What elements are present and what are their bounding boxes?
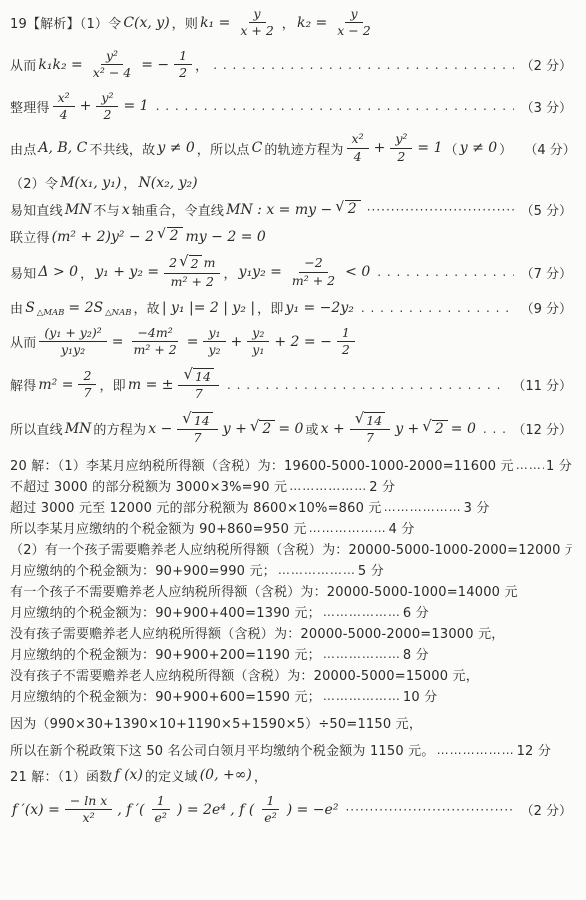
sqrt-radical: √14 [355, 412, 385, 429]
math-run: 2 [341, 343, 351, 357]
math-run: 14 [193, 413, 211, 428]
math-run: x² [57, 91, 71, 105]
math-run: m² + 2 [291, 274, 336, 288]
dot-leader-fill: . . . . . . . . . . . . . . . . . . . . … [377, 265, 513, 279]
fraction: y²2 [390, 132, 412, 164]
math-run: m² = [36, 377, 75, 393]
document-line: 月应缴纳的个税金额为：90+900+400=1390 元；………………6 分 [10, 602, 572, 622]
math-run: (m² + 2)y² − 2 [50, 229, 156, 245]
math-run: 2 [260, 421, 273, 437]
math-run: y + [393, 421, 421, 437]
dot-leader: ……………… [289, 479, 367, 493]
math-run: 2 [168, 228, 181, 244]
text-run: 从而 [10, 55, 36, 74]
fraction-denominator: x − 2 [332, 23, 375, 38]
fraction-denominator: x² [78, 810, 100, 825]
solution-section-q21: 21 解：（1）函数 f (x) 的定义域 (0, +∞)，f ′(x) =− … [10, 766, 572, 827]
radicand: 14 [192, 412, 213, 429]
document-line: f ′(x) =− ln xx², f ′(1e²) = 2e⁴ , f (1e… [10, 793, 572, 827]
math-run: 4 [353, 150, 363, 164]
document-content: 19【解析】（1）令 C(x, y)，则 k₁ =yx + 2，k₂ =yx −… [10, 6, 572, 827]
math-run: S [23, 300, 37, 316]
math-run: m² + 2 [170, 275, 215, 289]
math-run: ) = 2e⁴ , f ( [175, 802, 256, 818]
score-label: （9 分） [521, 298, 572, 317]
math-run: MN : x = my − [224, 202, 334, 218]
math-run: −4m² [136, 326, 173, 340]
text-run: 月应缴纳的个税金额为：90+900+600=1590 元； [10, 686, 321, 705]
fraction-denominator: 7 [361, 430, 379, 445]
text-run: 易知 [10, 263, 36, 282]
text-run: 由点 [10, 139, 36, 158]
document-line: 21 解：（1）函数 f (x) 的定义域 (0, +∞)， [10, 766, 572, 785]
math-run: = 0 [449, 421, 478, 437]
text-run: ，即 [257, 298, 283, 317]
fraction-numerator: √14 [177, 412, 217, 431]
math-run: 2 [433, 421, 446, 437]
text-run: （2）有一个孩子需要赡养老人应纳税所得额（含税）为：20000-5000-100… [10, 539, 572, 558]
text-run: 的方程为 [93, 419, 146, 438]
fraction: (y₁ + y₂)²y₁y₂ [39, 326, 106, 358]
fraction-denominator: e² [259, 810, 281, 825]
fraction: 12 [174, 49, 192, 81]
text-run: ，故 [133, 298, 159, 317]
math-run: C(x, y) [121, 15, 171, 31]
math-run: + [229, 334, 245, 350]
text-run: 所以直线 [10, 419, 63, 438]
math-run: y₂ [251, 326, 265, 340]
text-run: 12 分 [517, 740, 551, 759]
document-line: 由 S△MAB= 2S△NAB，故 | y₁ |= 2 | y₂ |，即 y₁ … [10, 298, 572, 317]
radical-sign-icon: √ [355, 411, 365, 426]
fraction-numerator: 1 [174, 49, 192, 65]
score-label: （12 分） [512, 419, 572, 438]
fraction-numerator: y₁ [203, 326, 225, 342]
fraction-denominator: 2 [392, 149, 410, 164]
fraction-numerator: 1 [262, 794, 280, 810]
document-line: 超过 3000 元至 12000 元的部分税额为 8600×10%=860 元…… [10, 497, 572, 517]
fraction-denominator: 4 [55, 107, 73, 122]
dot-leader-fill: . . . . . . . . . . . . . . . . . . . . … [227, 378, 505, 392]
math-run: y ≠ 0 [458, 140, 499, 156]
math-run: 1 [156, 794, 166, 808]
fraction-denominator: y₁y₂ [56, 342, 90, 357]
math-run: y [349, 7, 358, 21]
subscript: △NAB [105, 308, 131, 318]
math-run: 4 [59, 108, 69, 122]
math-run: e² [263, 811, 277, 825]
math-run: y₁ [251, 343, 265, 357]
radical-sign-icon: √ [335, 200, 345, 214]
text-run: 的定义域 [145, 766, 198, 785]
text-run: 解得 [10, 375, 36, 394]
math-run: y₁ = −2y₂ [284, 300, 356, 316]
fraction-denominator: x + 2 [235, 23, 278, 38]
fraction: y₂y₁ [247, 326, 269, 358]
math-run: x² [351, 132, 365, 146]
sqrt-radical: √2 [335, 200, 360, 219]
text-run: 有一个孩子不需要赡养老人应纳税所得额（含税）为：20000-5000-1000=… [10, 581, 518, 600]
fraction-numerator: 1 [152, 794, 170, 810]
sqrt-radical: √2 [179, 255, 202, 272]
fraction: y²2 [96, 91, 118, 123]
radicand: 2 [189, 255, 202, 272]
radical-sign-icon: √ [250, 419, 260, 434]
fraction: 2√2mm² + 2 [164, 255, 220, 289]
fraction-denominator: 2 [337, 342, 355, 357]
document-line: 所以李某月应缴纳的个税金额为 90+860=950 元………………4 分 [10, 518, 572, 538]
document-line: 没有孩子需要赡养老人应纳税所得额（含税）为：20000-5000-2000=13… [10, 623, 572, 643]
fraction: yx + 2 [235, 7, 278, 39]
math-run: k₂ = [295, 15, 329, 31]
text-run: 8 分 [403, 644, 429, 663]
math-run: Δ > 0 [36, 264, 80, 280]
math-run: C [250, 140, 265, 156]
math-run: 7 [193, 431, 203, 445]
fraction-denominator: 7 [189, 430, 207, 445]
math-run: 2 [82, 369, 92, 383]
fraction-numerator: 2 [78, 369, 96, 385]
math-run: f ′(x) = [10, 802, 62, 818]
math-run: N(x₂, y₂) [136, 175, 199, 191]
math-run: < 0 [343, 264, 372, 280]
radical-sign-icon: √ [422, 419, 432, 434]
fraction-numerator: y₂ [247, 326, 269, 342]
dot-leader: ……………… [323, 605, 401, 619]
math-run: (0, +∞) [198, 767, 254, 783]
sqrt-radical: √14 [183, 368, 213, 385]
text-run: 月应缴纳的个税金额为：90+900+200=1190 元； [10, 644, 321, 663]
document-line: 不超过 3000 的部分税额为 3000×3%=90 元………………2 分 [10, 476, 572, 496]
fraction-numerator: x² [53, 91, 75, 107]
fraction-denominator: e² [150, 810, 172, 825]
math-run: ) = −e² [285, 802, 341, 818]
text-run: 月应缴纳的个税金额为：90+900=990 元； [10, 560, 276, 579]
radical-sign-icon: √ [182, 411, 192, 426]
radicand: 14 [364, 412, 385, 429]
math-run: + [78, 98, 94, 114]
math-run: y₁y₂ [60, 343, 86, 357]
text-run: 从而 [10, 332, 36, 351]
text-run: 不超过 3000 的部分税额为 3000×3%=90 元 [10, 476, 287, 495]
fraction-denominator: 2 [98, 107, 116, 122]
fraction-denominator: m² + 2 [166, 274, 219, 289]
math-run: 14 [365, 413, 383, 428]
math-run: 2 [396, 150, 406, 164]
fraction-numerator: −4m² [132, 326, 177, 342]
fraction: −4m²m² + 2 [128, 326, 181, 358]
text-run: 10 分 [403, 686, 437, 705]
math-run: , f ′( [115, 802, 146, 818]
text-run: 6 分 [403, 602, 429, 621]
math-run: e² [154, 811, 168, 825]
text-run: 5 分 [358, 560, 384, 579]
text-run: ， [80, 263, 93, 282]
fraction-numerator: 1 [337, 326, 355, 342]
text-run: 4 分 [389, 518, 415, 537]
dot-leader-fill: . . . . . . . . . . . . . . . . . . . . … [156, 99, 514, 113]
math-run: x − [146, 421, 174, 437]
math-run: = 0 [276, 421, 305, 437]
math-run: x² [82, 811, 96, 825]
fraction-numerator: 2√2m [164, 255, 220, 274]
document-line: 有一个孩子不需要赡养老人应纳税所得额（含税）为：20000-5000-1000=… [10, 581, 572, 601]
math-run: A, B, C [36, 140, 89, 156]
text-run: 20 解：（1）李某月应纳税所得额（含税）为：19600-5000-1000-2… [10, 455, 514, 474]
math-run: y₁ [207, 326, 221, 340]
text-run: 整理得 [10, 97, 50, 116]
radicand: 2 [259, 420, 275, 439]
math-run: y² [394, 132, 408, 146]
fraction: √147 [350, 412, 390, 446]
radicand: 14 [193, 368, 214, 385]
text-run: 轴重合，令直线 [132, 200, 224, 219]
text-run: 3 分 [464, 497, 490, 516]
fraction-denominator: m² + 2 [287, 273, 340, 288]
math-run: k₁ = [198, 15, 232, 31]
math-run: = 2S [66, 300, 105, 316]
math-run: 2 [346, 201, 359, 217]
text-run: 易知直线 [10, 200, 63, 219]
fraction-numerator: y² [390, 132, 412, 148]
fraction: 1e² [150, 794, 172, 826]
text-run: ） [499, 139, 512, 158]
fraction: x²4 [53, 91, 75, 123]
text-run: 超过 3000 元至 12000 元的部分税额为 8600×10%=860 元 [10, 497, 382, 516]
fraction-numerator: −2 [299, 256, 327, 272]
radicand: 2 [167, 227, 183, 246]
document-line: 20 解：（1）李某月应纳税所得额（含税）为：19600-5000-1000-2… [10, 455, 572, 475]
fraction-numerator: y² [96, 91, 118, 107]
math-run: 7 [82, 386, 92, 400]
document-line: 从而 (y₁ + y₂)²y₁y₂=−4m²m² + 2=y₁y₂+y₂y₁+ … [10, 325, 572, 359]
fraction-numerator: y² [101, 49, 123, 65]
math-run: 2 [178, 66, 188, 80]
text-run: ，所以点 [197, 139, 250, 158]
fraction-denominator: x² − 4 [88, 65, 136, 80]
sqrt-radical: √2 [422, 420, 447, 439]
math-run: y₁ + y₂ = [93, 264, 161, 280]
math-run: m = ± [126, 377, 176, 393]
math-run: 2 [168, 256, 178, 270]
text-run: 没有孩子需要赡养老人应纳税所得额（含税）为：20000-5000-2000=13… [10, 623, 505, 642]
math-run: y ≠ 0 [155, 140, 196, 156]
score-label: （4 分） [524, 139, 572, 158]
fraction-numerator: √14 [178, 368, 218, 387]
text-run: （2）令 [10, 173, 58, 192]
math-run: = [185, 334, 201, 350]
fraction: y²x² − 4 [88, 49, 136, 81]
fraction-denominator: m² + 2 [128, 342, 181, 357]
dot-leader: ……………… [323, 647, 401, 661]
dot-leader: ……………… [516, 458, 544, 472]
score-label: （3 分） [521, 97, 572, 116]
math-run: MN [63, 202, 94, 218]
fraction-numerator: y [345, 7, 362, 23]
math-run: y₂ [207, 343, 221, 357]
math-run: my − 2 = 0 [184, 229, 268, 245]
document-line: （2）令 M(x₁, y₁)，N(x₂, y₂) [10, 173, 572, 192]
radical-sign-icon: √ [179, 254, 189, 269]
fraction-denominator: 7 [78, 385, 96, 400]
text-run: 月应缴纳的个税金额为：90+900+400=1390 元； [10, 602, 321, 621]
math-run: MN [63, 421, 94, 437]
text-run: ， [223, 263, 236, 282]
text-run: ， [254, 766, 267, 785]
text-run: 19【解析】（1）令 [10, 13, 121, 32]
math-run: x [120, 202, 132, 218]
document-line: 月应缴纳的个税金额为：90+900+600=1590 元；………………10 分 [10, 686, 572, 706]
math-run: k₁k₂ = [36, 57, 84, 73]
radicand: 2 [345, 200, 361, 219]
text-run: 2 分 [369, 476, 395, 495]
fraction-numerator: x² [347, 132, 369, 148]
text-run: ， [195, 55, 208, 74]
math-run: + [372, 140, 388, 156]
math-run: x² − 4 [92, 66, 132, 80]
text-run: 所以在新个税政策下这 50 名公司白领月平均缴纳个税金额为 1150 元。 [10, 740, 435, 759]
math-run: y + [221, 421, 249, 437]
text-run: 由 [10, 298, 23, 317]
dot-leader-fill: ········································… [367, 203, 514, 217]
math-run: x − 2 [336, 24, 371, 38]
document-line: （2）有一个孩子需要赡养老人应纳税所得额（含税）为：20000-5000-100… [10, 539, 572, 559]
math-run: m² + 2 [132, 343, 177, 357]
fraction-denominator: 4 [349, 149, 367, 164]
math-run: − ln x [69, 794, 109, 808]
fraction-numerator: − ln x [65, 794, 113, 810]
math-run: y [253, 7, 262, 21]
dot-leader: ……………… [384, 500, 462, 514]
math-run: | y₁ |= 2 | y₂ | [160, 300, 257, 316]
document-line: 所以直线 MN 的方程为 x −√147y +√2= 0 或 x +√147y … [10, 411, 572, 447]
solution-section-q19: 19【解析】（1）令 C(x, y)，则 k₁ =yx + 2，k₂ =yx −… [10, 6, 572, 447]
fraction: √147 [178, 368, 218, 402]
dot-leader-fill: . . . . . . . . . . . . . . . . . . . . … [361, 301, 514, 315]
math-run: 2 [190, 256, 200, 271]
fraction: − ln xx² [65, 794, 113, 826]
radicand: 2 [432, 420, 448, 439]
document-line: 易知 Δ > 0，y₁ + y₂ =2√2mm² + 2，y₁y₂ =−2m² … [10, 254, 572, 290]
math-run: f (x) [112, 767, 144, 783]
score-label: （7 分） [521, 263, 572, 282]
document-line: 月应缴纳的个税金额为：90+900=990 元；………………5 分 [10, 560, 572, 580]
dot-leader: ……………… [309, 521, 387, 535]
dot-leader-fill: ········································… [345, 803, 513, 817]
text-run: （ [445, 139, 458, 158]
text-run: 不共线，故 [89, 139, 155, 158]
document-line: 没有孩子不需要赡养老人应纳税所得额（含税）为：20000-5000=15000 … [10, 665, 572, 685]
dot-leader: ……………… [437, 743, 515, 757]
text-run: 联立得 [10, 227, 50, 246]
math-run: y₁y₂ = [237, 264, 284, 280]
sqrt-radical: √14 [182, 412, 212, 429]
math-run: x + 2 [239, 24, 274, 38]
fraction: 12 [337, 326, 355, 358]
math-run: m [203, 256, 217, 270]
math-run: 1 [266, 794, 276, 808]
document-line: 19【解析】（1）令 C(x, y)，则 k₁ =yx + 2，k₂ =yx −… [10, 6, 572, 40]
dot-leader-fill: . . . . . . . . . . . . . . . . . . . . … [213, 58, 513, 72]
fraction-numerator: √14 [350, 412, 390, 431]
document-line: 联立得 (m² + 2)y² − 2√2my − 2 = 0 [10, 227, 572, 246]
fraction: 27 [78, 369, 96, 401]
document-line: 因为（990×30+1390×10+1190×5+1590×5）÷50=1150… [10, 713, 572, 733]
text-run: 或 [305, 419, 318, 438]
math-run: 7 [194, 387, 204, 401]
text-run: 没有孩子不需要赡养老人应纳税所得额（含税）为：20000-5000=15000 … [10, 665, 479, 684]
dot-leader: ……………… [323, 689, 401, 703]
document-line: 月应缴纳的个税金额为：90+900+200=1190 元；………………8 分 [10, 644, 572, 664]
text-run: ，即 [99, 375, 125, 394]
text-run: 21 解：（1）函数 [10, 766, 112, 785]
fraction-denominator: y₂ [203, 342, 225, 357]
text-run: 1 分 [546, 455, 572, 474]
document-line: 从而 k₁k₂ =y²x² − 4= −12，. . . . . . . . .… [10, 48, 572, 82]
fraction: x²4 [347, 132, 369, 164]
math-run: = − [139, 57, 171, 73]
fraction-numerator: (y₁ + y₂)² [39, 326, 106, 342]
score-label: （2 分） [521, 55, 572, 74]
fraction: yx − 2 [332, 7, 375, 39]
document-line: 由点 A, B, C 不共线，故 y ≠ 0，所以点 C 的轨迹方程为 x²4+… [10, 131, 572, 165]
document-line: 整理得 x²4+y²2= 1. . . . . . . . . . . . . … [10, 90, 572, 124]
math-run: y² [100, 91, 114, 105]
math-run: 7 [365, 431, 375, 445]
sqrt-radical: √2 [250, 420, 275, 439]
text-run: ， [123, 173, 136, 192]
fraction-denominator: y₁ [247, 342, 269, 357]
math-run: = 1 [121, 98, 150, 114]
math-run: (y₁ + y₂)² [43, 326, 102, 340]
fraction-denominator: 2 [174, 65, 192, 80]
math-run: x + [319, 421, 347, 437]
document-page: 19【解析】（1）令 C(x, y)，则 k₁ =yx + 2，k₂ =yx −… [0, 0, 586, 900]
radical-sign-icon: √ [157, 227, 167, 241]
score-label: （5 分） [521, 200, 572, 219]
score-label: （2 分） [521, 800, 572, 819]
math-run: 1 [341, 326, 351, 340]
math-run: 2 [102, 108, 112, 122]
radical-sign-icon: √ [183, 367, 193, 382]
text-run: 的轨迹方程为 [264, 139, 343, 158]
solution-section-q20: 20 解：（1）李某月应纳税所得额（含税）为：19600-5000-1000-2… [10, 455, 572, 760]
math-run: y² [105, 49, 119, 63]
subscript: △MAB [37, 308, 65, 318]
sqrt-radical: √2 [157, 227, 182, 246]
math-run: 1 [178, 49, 188, 63]
math-run: + 2 = − [272, 334, 333, 350]
dot-leader: ……………… [278, 563, 356, 577]
fraction: 1e² [259, 794, 281, 826]
score-label: （11 分） [512, 375, 572, 394]
fraction: √147 [177, 412, 217, 446]
math-run: 14 [194, 369, 212, 384]
fraction-denominator: 7 [190, 386, 208, 401]
math-run: −2 [303, 256, 323, 270]
dot-leader-fill: . . . . . . . . [483, 422, 505, 436]
math-run: M(x₁, y₁) [58, 175, 123, 191]
text-run: ， [282, 13, 295, 32]
fraction-numerator: y [249, 7, 266, 23]
text-run: 因为（990×30+1390×10+1190×5+1590×5）÷50=1150… [10, 713, 422, 732]
fraction: −2m² + 2 [287, 256, 340, 288]
fraction: y₁y₂ [203, 326, 225, 358]
text-run: 所以李某月应缴纳的个税金额为 90+860=950 元 [10, 518, 307, 537]
document-line: 易知直线 MN 不与 x 轴重合，令直线 MN : x = my −√2····… [10, 200, 572, 219]
document-line: 所以在新个税政策下这 50 名公司白领月平均缴纳个税金额为 1150 元。………… [10, 740, 572, 760]
math-run: = 1 [415, 140, 444, 156]
